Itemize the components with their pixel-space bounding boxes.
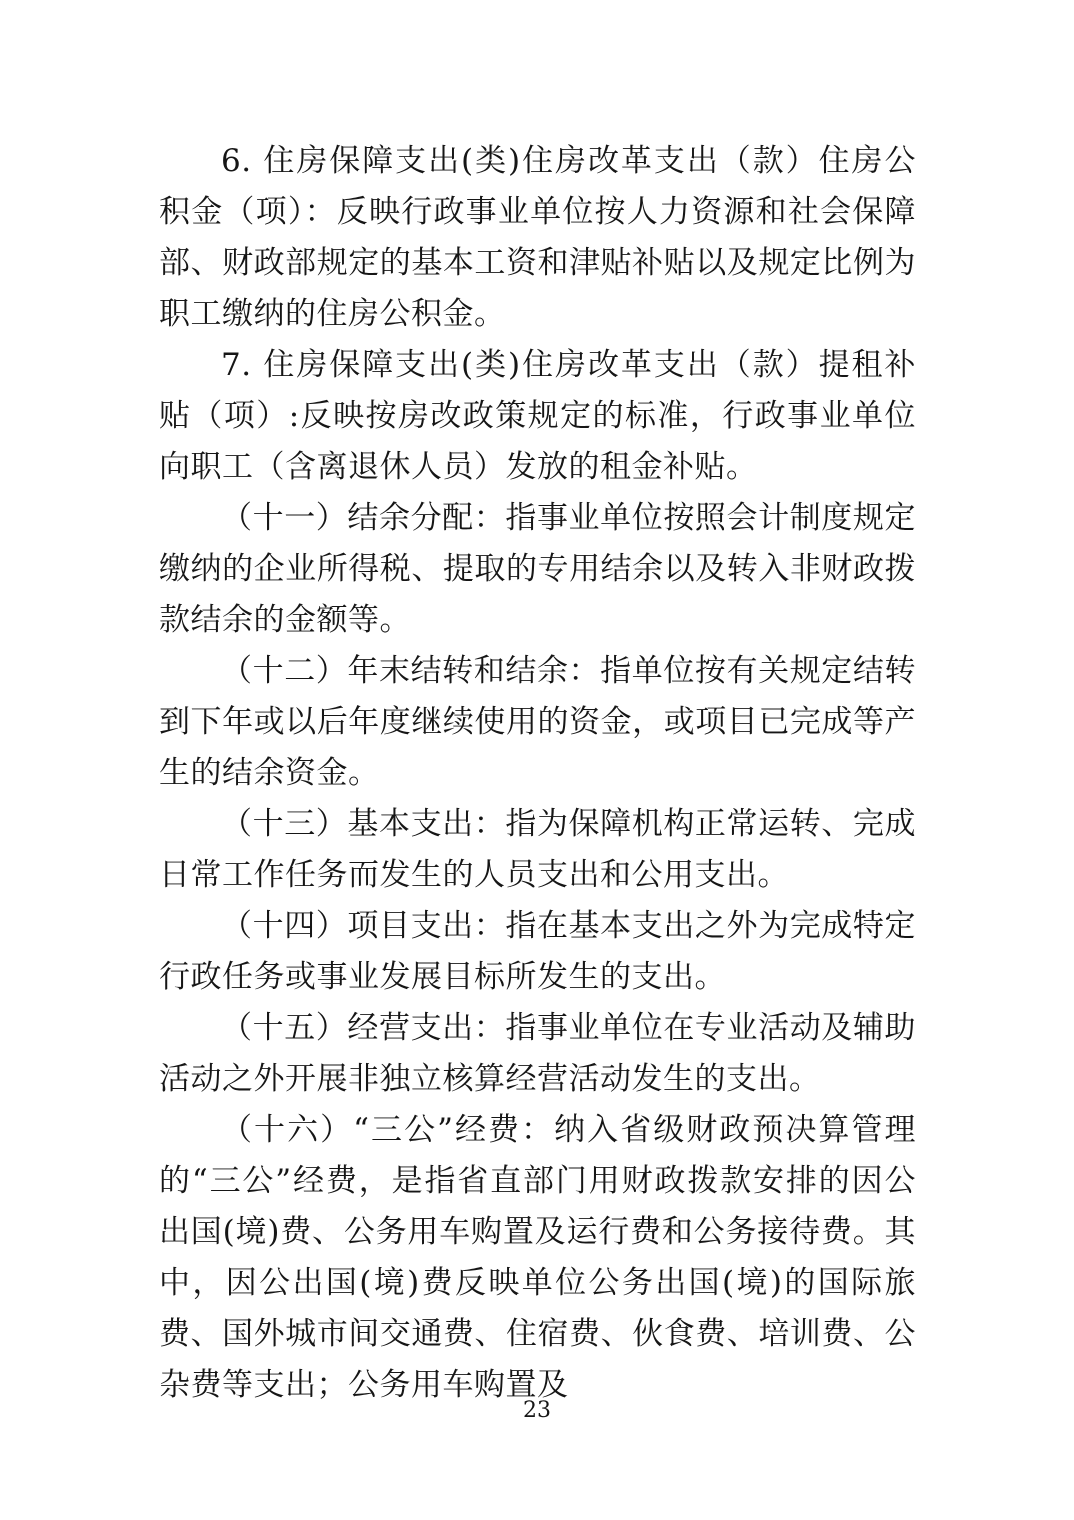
- paragraph-item-13: （十三）基本支出：指为保障机构正常运转、完成日常工作任务而发生的人员支出和公用支…: [159, 799, 916, 901]
- page-number: 23: [0, 1398, 1074, 1423]
- paragraph-item-15: （十五）经营支出：指事业单位在专业活动及辅助活动之外开展非独立核算经营活动发生的…: [159, 1003, 916, 1105]
- paragraph-item-16: （十六）“三公”经费：纳入省级财政预决算管理的“三公”经费，是指省直部门用财政拨…: [159, 1105, 916, 1411]
- paragraph-7: 7. 住房保障支出(类)住房改革支出（款）提租补贴（项）:反映按房改政策规定的标…: [159, 340, 916, 493]
- paragraph-item-11: （十一）结余分配：指事业单位按照会计制度规定缴纳的企业所得税、提取的专用结余以及…: [159, 493, 916, 646]
- paragraph-item-12: （十二）年末结转和结余：指单位按有关规定结转到下年或以后年度继续使用的资金，或项…: [159, 646, 916, 799]
- paragraph-item-14: （十四）项目支出：指在基本支出之外为完成特定行政任务或事业发展目标所发生的支出。: [159, 901, 916, 1003]
- document-page: 6. 住房保障支出(类)住房改革支出（款）住房公积金（项）：反映行政事业单位按人…: [0, 0, 1074, 1520]
- paragraph-6: 6. 住房保障支出(类)住房改革支出（款）住房公积金（项）：反映行政事业单位按人…: [159, 136, 916, 340]
- document-body: 6. 住房保障支出(类)住房改革支出（款）住房公积金（项）：反映行政事业单位按人…: [159, 136, 916, 1411]
